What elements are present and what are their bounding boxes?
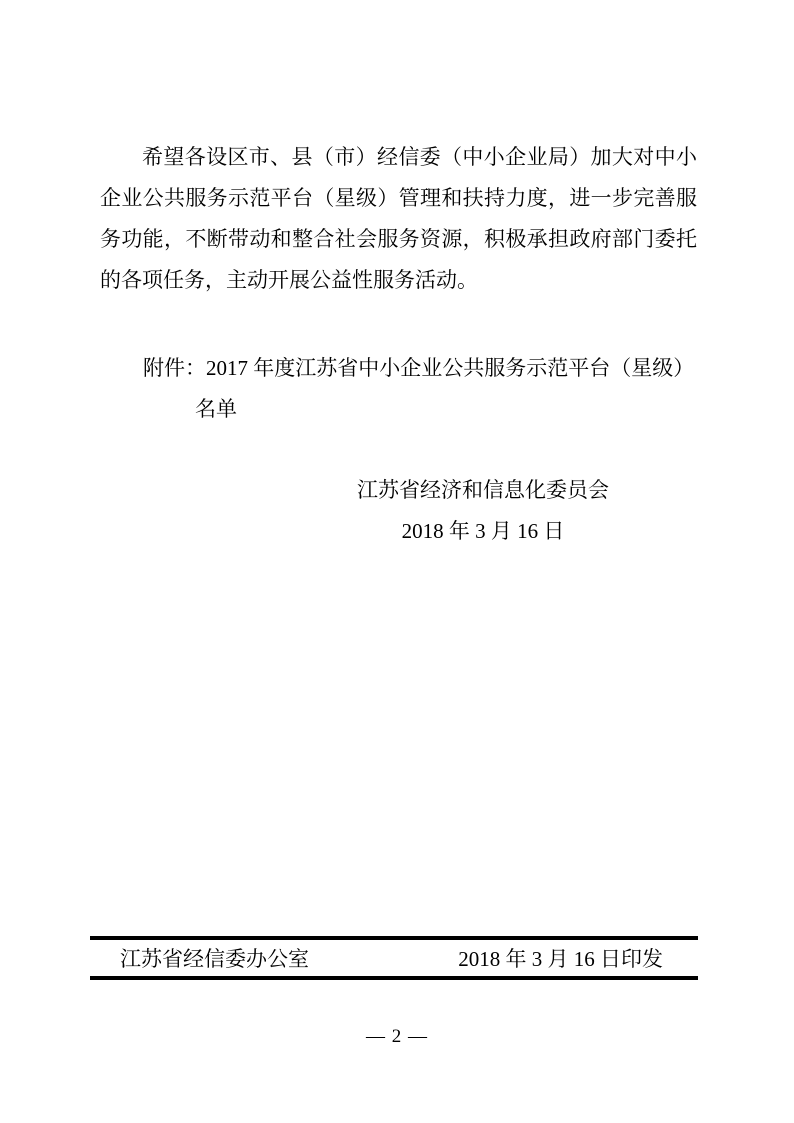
body-paragraph: 希望各设区市、县（市）经信委（中小企业局）加大对中小企业公共服务示范平台（星级）…: [100, 137, 697, 301]
imprint-footer: 江苏省经信委办公室 2018 年 3 月 16 日印发: [90, 936, 698, 980]
attachment-note: 附件：2017 年度江苏省中小企业公共服务示范平台（星级） 名单: [100, 348, 697, 430]
page-number: — 2 —: [0, 1024, 794, 1050]
attachment-line-2: 名单: [100, 389, 697, 430]
signature-block: 江苏省经济和信息化委员会 2018 年 3 月 16 日: [352, 470, 614, 552]
footer-print-date: 2018 年 3 月 16 日印发: [458, 943, 663, 973]
attachment-line-1: 附件：2017 年度江苏省中小企业公共服务示范平台（星级）: [100, 348, 697, 389]
document-page: 希望各设区市、县（市）经信委（中小企业局）加大对中小企业公共服务示范平台（星级）…: [0, 0, 794, 1123]
signature-organization: 江苏省经济和信息化委员会: [352, 470, 614, 511]
footer-issuing-office: 江苏省经信委办公室: [120, 943, 309, 973]
signature-date: 2018 年 3 月 16 日: [352, 511, 614, 552]
